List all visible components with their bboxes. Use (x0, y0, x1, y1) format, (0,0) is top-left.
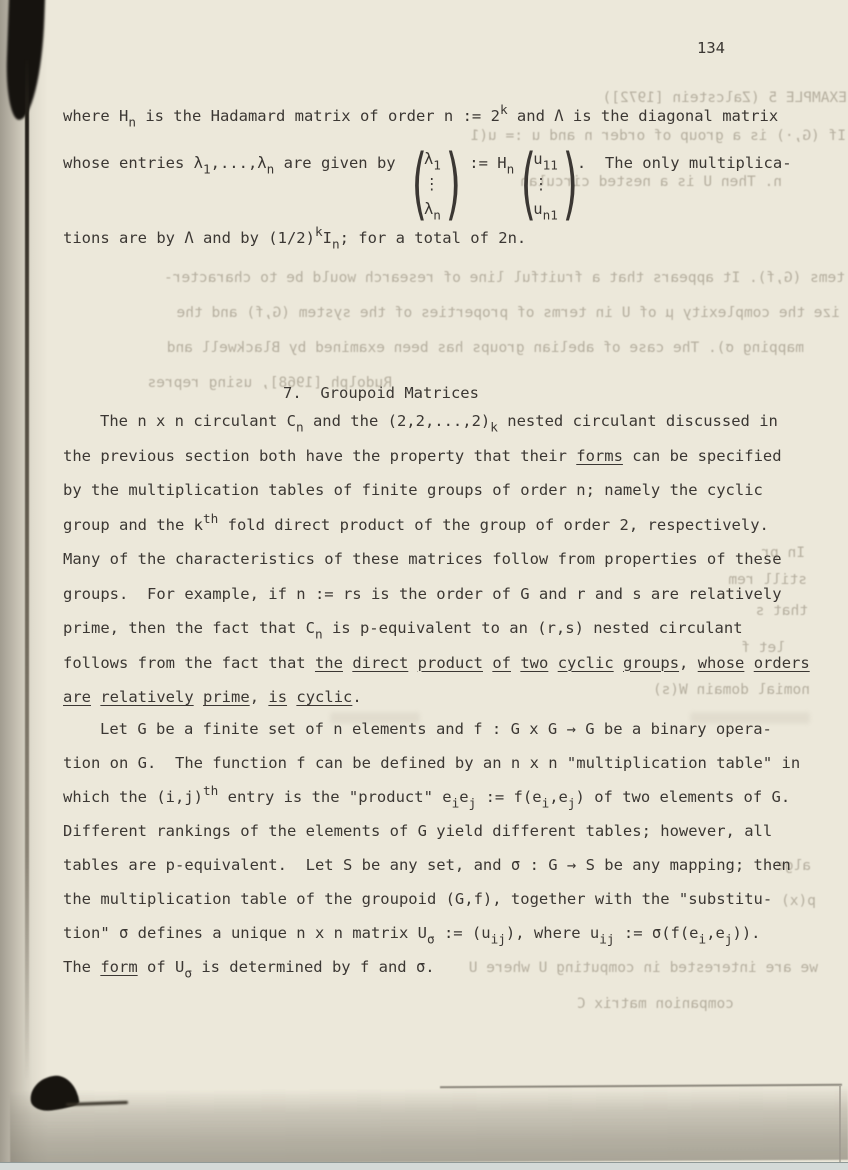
bleed-through-text: ize the complexity μ of U in terms of pr… (92, 305, 840, 321)
close-paren: ) (563, 147, 571, 222)
bleed-through-text: companion matrix C (552, 996, 734, 1012)
text-line: tion" σ defines a unique n x n matrix Uσ… (63, 916, 823, 950)
equation-text: whose entries λ1,...,λn are given by (63, 147, 405, 174)
vector-entry: ⋮ (533, 172, 558, 197)
text-line: which the (i,j)th entry is the "product"… (63, 780, 823, 814)
text-line: by the multiplication tables of finite g… (63, 473, 823, 508)
section-heading: 7. Groupoid Matrices (283, 384, 479, 402)
text-line: follows from the fact that the direct pr… (63, 646, 823, 681)
equation: whose entries λ1,...,λn are given by ( λ… (63, 147, 792, 222)
paragraph: Let G be a finite set of n elements and … (63, 712, 823, 984)
text-line: The form of Uσ is determined by f and σ. (63, 950, 823, 984)
text-line: are relatively prime, is cyclic. (63, 680, 823, 715)
bleed-through-text: tems (G,f). It appears that a fruitful l… (88, 270, 845, 286)
text-line: The n x n circulant Cn and the (2,2,...,… (63, 404, 823, 439)
u-vector: ( u11⋮un1 ) (517, 147, 574, 222)
text-line: prime, then the fact that Cn is p-equiva… (63, 611, 823, 646)
text-line: the previous section both have the prope… (63, 439, 823, 474)
lambda-vector: ( λ1⋮λn ) (408, 147, 457, 222)
u-vector-entries: u11⋮un1 (532, 147, 559, 222)
text-line: Different rankings of the elements of G … (63, 814, 823, 848)
text-line: groups. For example, if n := rs is the o… (63, 577, 823, 612)
text-line: tion on G. The function f can be defined… (63, 746, 823, 780)
text-line: tions are by Λ and by (1/2)kIn; for a to… (63, 229, 526, 247)
page-edge-line (839, 1086, 841, 1162)
book-spine-line (25, 60, 29, 1080)
open-paren: ( (521, 147, 529, 222)
text-line: Many of the characteristics of these mat… (63, 542, 823, 577)
vector-entry: un1 (533, 197, 558, 222)
page-number: 134 (697, 39, 725, 57)
book-spine-shadow (0, 0, 48, 1170)
vector-entry: u11 (533, 147, 558, 172)
text-line: where Hn is the Hadamard matrix of order… (63, 107, 778, 125)
bleed-through-text: mapping σ). The case of abelian groups h… (92, 340, 804, 356)
scanner-bed-strip (0, 1162, 848, 1170)
open-paren: ( (412, 147, 420, 222)
text-line: the multiplication table of the groupoid… (63, 882, 823, 916)
equation-text: := Hn (460, 147, 514, 174)
close-paren: ) (446, 147, 454, 222)
text-line: group and the kth fold direct product of… (63, 508, 823, 543)
scanned-page: EXAMPLE 5 (Zalcstein [1972])If (G,·) is … (0, 0, 848, 1170)
equation-text: . The only multiplica- (577, 147, 792, 174)
text-line: tables are p-equivalent. Let S be any se… (63, 848, 823, 882)
text-line: Let G be a finite set of n elements and … (63, 712, 823, 746)
paragraph: The n x n circulant Cn and the (2,2,...,… (63, 404, 823, 715)
next-page-edge-shadow (10, 1086, 848, 1164)
bleed-through-text: EXAMPLE 5 (Zalcstein [1972]) (552, 90, 847, 106)
